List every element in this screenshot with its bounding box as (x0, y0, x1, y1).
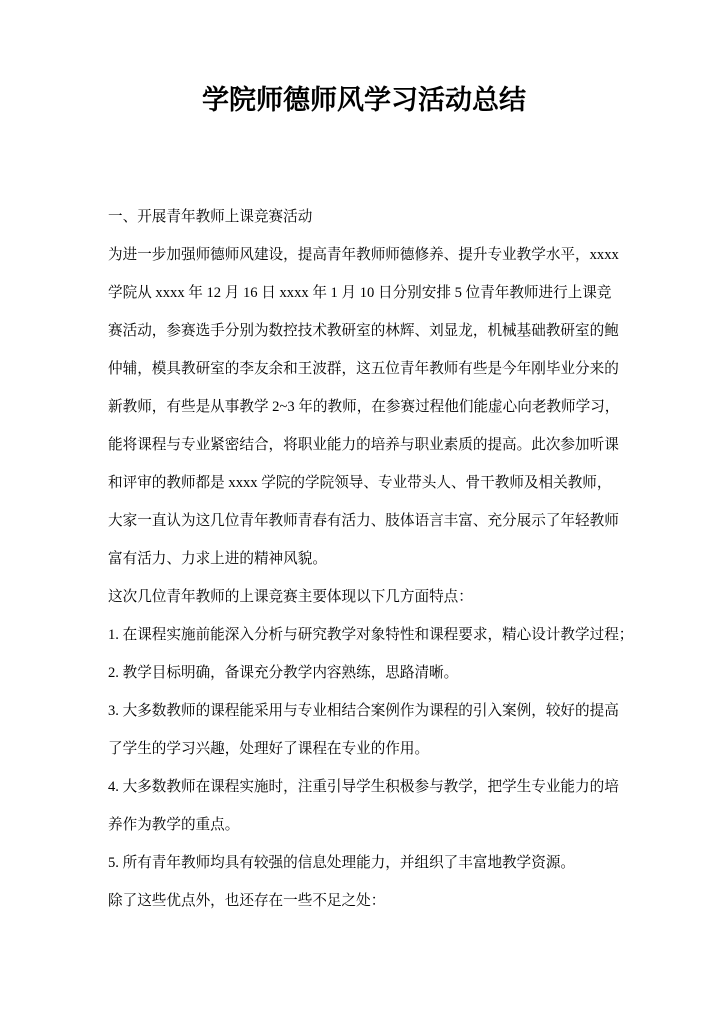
text-line: 1. 在课程实施前能深入分析与研究教学对象特性和课程要求，精心设计教学过程； (108, 616, 628, 654)
text-line: 一、开展青年教师上课竞赛活动 (108, 198, 628, 236)
text-line: 为进一步加强师德师风建设，提高青年教师师德修养、提升专业教学水平，xxxx (108, 236, 628, 274)
text-line: 2. 教学目标明确，备课充分教学内容熟练，思路清晰。 (108, 654, 628, 692)
text-line: 仲辅，模具教研室的李友余和王波群，这五位青年教师有些是今年刚毕业分来的 (108, 350, 628, 388)
text-line: 5. 所有青年教师均具有较强的信息处理能力，并组织了丰富地教学资源。 (108, 844, 628, 882)
text-line: 新教师，有些是从事教学 2~3 年的教师，在参赛过程他们能虚心向老教师学习， (108, 388, 628, 426)
text-line: 养作为教学的重点。 (108, 806, 628, 844)
text-line: 富有活力、力求上进的精神风貌。 (108, 540, 628, 578)
text-line: 除了这些优点外，也还存在一些不足之处： (108, 882, 628, 920)
text-line: 了学生的学习兴趣，处理好了课程在专业的作用。 (108, 730, 628, 768)
text-line: 大家一直认为这几位青年教师青春有活力、肢体语言丰富、充分展示了年轻教师 (108, 502, 628, 540)
text-line: 学院从 xxxx 年 12 月 16 日 xxxx 年 1 月 10 日分别安排… (108, 274, 628, 312)
text-line: 3. 大多数教师的课程能采用与专业相结合案例作为课程的引入案例，较好的提高 (108, 692, 628, 730)
text-line: 和评审的教师都是 xxxx 学院的学院领导、专业带头人、骨干教师及相关教师， (108, 464, 628, 502)
text-line: 能将课程与专业紧密结合，将职业能力的培养与职业素质的提高。此次参加听课 (108, 426, 628, 464)
text-line: 这次几位青年教师的上课竞赛主要体现以下几方面特点： (108, 578, 628, 616)
document-page: 学院师德师风学习活动总结 一、开展青年教师上课竞赛活动 为进一步加强师德师风建设… (0, 0, 721, 1020)
document-body: 一、开展青年教师上课竞赛活动 为进一步加强师德师风建设，提高青年教师师德修养、提… (108, 198, 628, 920)
text-line: 赛活动，参赛选手分别为数控技术教研室的林辉、刘显龙，机械基础教研室的鲍 (108, 312, 628, 350)
text-line: 4. 大多数教师在课程实施时，注重引导学生积极参与教学，把学生专业能力的培 (108, 768, 628, 806)
document-title: 学院师德师风学习活动总结 (108, 78, 620, 122)
